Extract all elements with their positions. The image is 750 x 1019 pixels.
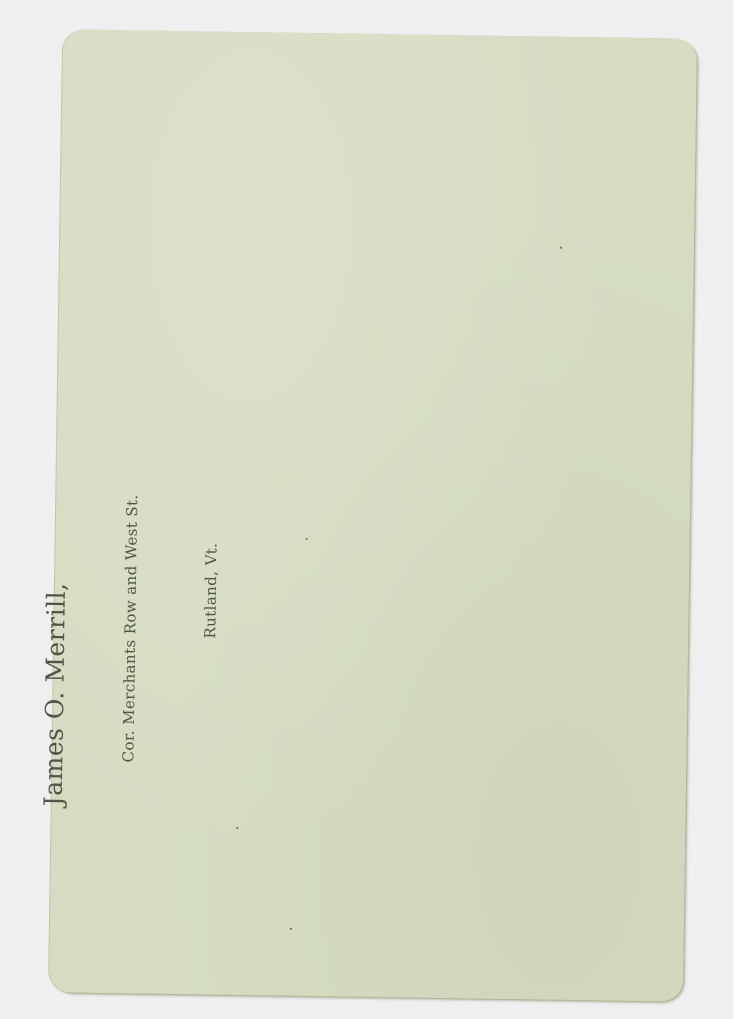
paper-speck	[306, 538, 308, 540]
cabinet-card: James O. Merrill, Cor. Merchants Row and…	[49, 29, 697, 1001]
paper-speck	[290, 928, 292, 930]
paper-speck	[560, 247, 562, 249]
photographer-name: James O. Merrill,	[39, 582, 71, 806]
studio-city: Rutland, Vt.	[201, 542, 220, 638]
paper-speck	[236, 827, 238, 829]
studio-address: Cor. Merchants Row and West St.	[119, 494, 141, 762]
